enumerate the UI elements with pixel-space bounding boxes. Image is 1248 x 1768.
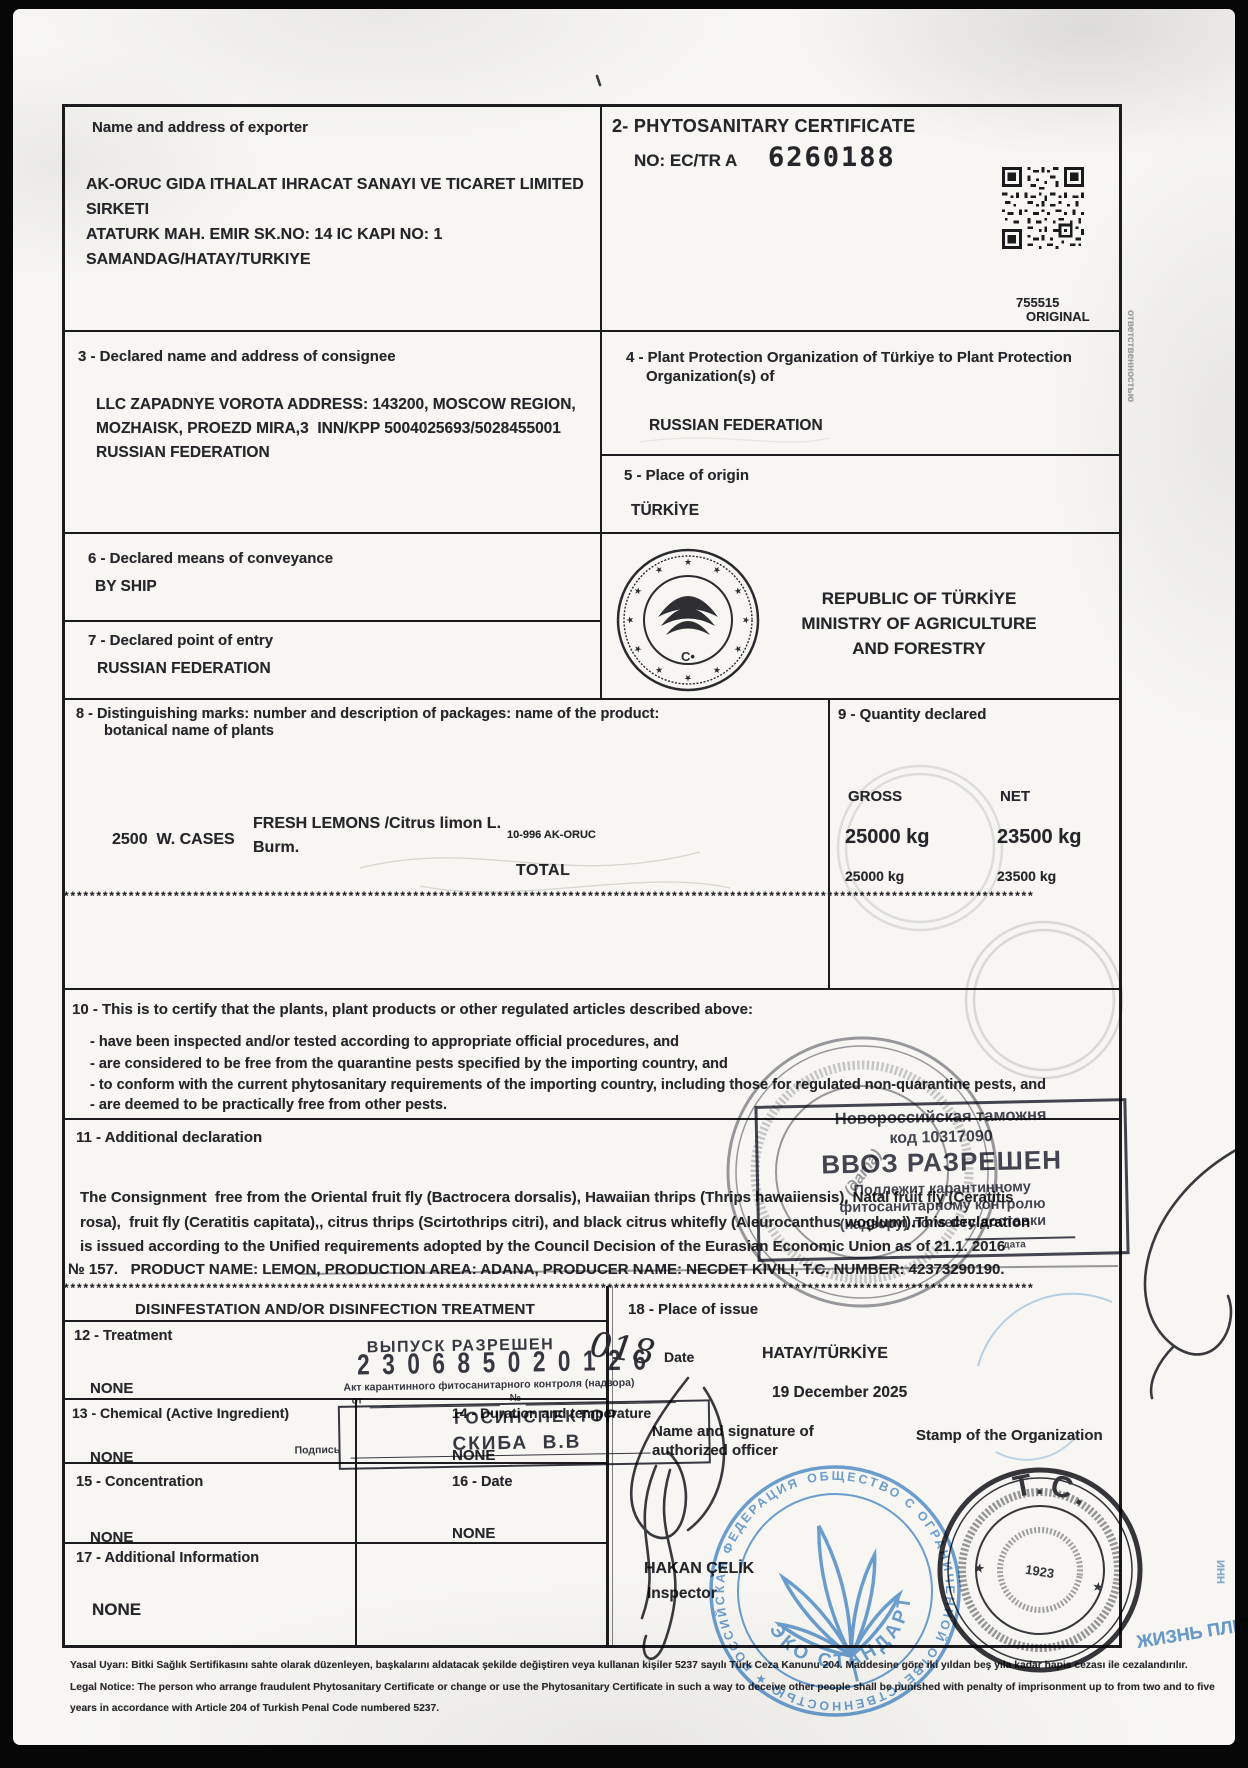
faint-stamp-ring: [966, 922, 1122, 1078]
scanned-phytosanitary-certificate: { "icons": { "star": "★" }, "exporter": …: [0, 0, 1248, 1768]
paper-wrinkle: [360, 438, 830, 892]
blue-stamp-arc: [978, 1294, 1112, 1460]
stamp-strike-line: [298, 1266, 1118, 1274]
signature-stroke: [597, 76, 1236, 1659]
faint-stamp-ring: [838, 766, 1002, 930]
handwriting-overlay: [0, 0, 1248, 1768]
